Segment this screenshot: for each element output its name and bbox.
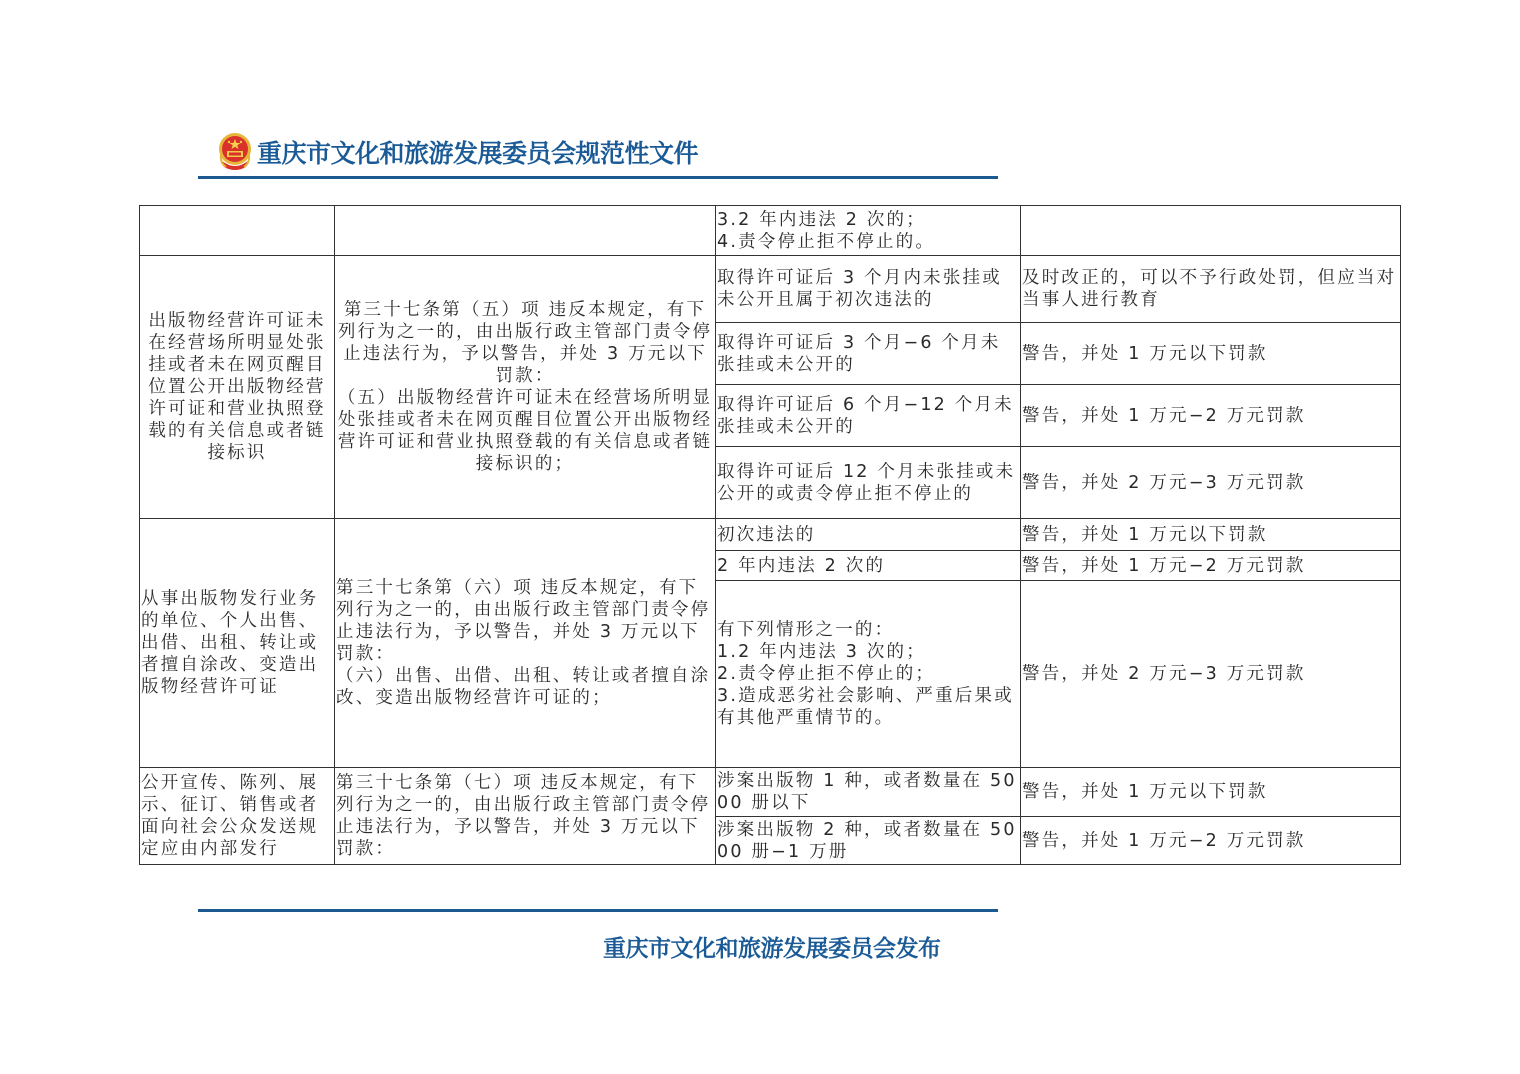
circumstance-cell: 取得许可证后 3 个月内未张挂或未公开且属于初次违法的 bbox=[716, 256, 1021, 323]
circumstance-cell: 取得许可证后 3 个月−6 个月未张挂或未公开的 bbox=[716, 323, 1021, 385]
penalty-cell: 警告，并处 2 万元−3 万元罚款 bbox=[1021, 581, 1401, 768]
penalty-cell bbox=[1021, 206, 1401, 256]
circumstance-cell: 取得许可证后 6 个月−12 个月未张挂或未公开的 bbox=[716, 385, 1021, 447]
footer-divider bbox=[198, 909, 998, 912]
table-row: 出版物经营许可证未在经营场所明显处张挂或者未在网页醒目位置公开出版物经营许可证和… bbox=[140, 256, 1401, 323]
penalty-cell: 警告，并处 1 万元以下罚款 bbox=[1021, 323, 1401, 385]
table-row: 从事出版物发行业务的单位、个人出售、出借、出租、转让或者擅自涂改、变造出版物经营… bbox=[140, 519, 1401, 551]
penalty-cell: 及时改正的，可以不予行政处罚，但应当对当事人进行教育 bbox=[1021, 256, 1401, 323]
violation-cell: 出版物经营许可证未在经营场所明显处张挂或者未在网页醒目位置公开出版物经营许可证和… bbox=[140, 256, 335, 519]
violation-cell: 公开宣传、陈列、展示、征订、销售或者面向社会公众发送规定应由内部发行 bbox=[140, 768, 335, 865]
penalty-cell: 警告，并处 1 万元−2 万元罚款 bbox=[1021, 551, 1401, 581]
circumstance-cell: 3.2 年内违法 2 次的； 4.责令停止拒不停止的。 bbox=[716, 206, 1021, 256]
circumstance-cell: 涉案出版物 1 种，或者数量在 5000 册以下 bbox=[716, 768, 1021, 817]
national-emblem-icon bbox=[216, 131, 254, 173]
circumstance-cell: 涉案出版物 2 种，或者数量在 5000 册−1 万册 bbox=[716, 817, 1021, 865]
penalty-cell: 警告，并处 1 万元以下罚款 bbox=[1021, 768, 1401, 817]
legal-basis-cell: 第三十七条第（六）项 违反本规定，有下列行为之一的，由出版行政主管部门责令停止违… bbox=[335, 519, 716, 768]
publisher-label: 重庆市文化和旅游发展委员会发布 bbox=[603, 930, 941, 963]
legal-basis-cell bbox=[335, 206, 716, 256]
penalty-cell: 警告，并处 1 万元−2 万元罚款 bbox=[1021, 817, 1401, 865]
document-title: 重庆市文化和旅游发展委员会规范性文件 bbox=[257, 134, 698, 170]
document-header: 重庆市文化和旅游发展委员会规范性文件 bbox=[216, 130, 698, 174]
circumstance-cell: 初次违法的 bbox=[716, 519, 1021, 551]
header-divider bbox=[198, 176, 998, 179]
violation-cell bbox=[140, 206, 335, 256]
circumstance-cell: 取得许可证后 12 个月未张挂或未公开的或责令停止拒不停止的 bbox=[716, 447, 1021, 519]
penalty-cell: 警告，并处 2 万元−3 万元罚款 bbox=[1021, 447, 1401, 519]
legal-basis-cell: 第三十七条第（五）项 违反本规定，有下列行为之一的，由出版行政主管部门责令停止违… bbox=[335, 256, 716, 519]
table-row: 公开宣传、陈列、展示、征订、销售或者面向社会公众发送规定应由内部发行 第三十七条… bbox=[140, 768, 1401, 817]
penalty-standards-table: 3.2 年内违法 2 次的； 4.责令停止拒不停止的。 出版物经营许可证未在经营… bbox=[139, 205, 1401, 865]
circumstance-cell: 有下列情形之一的： 1.2 年内违法 3 次的； 2.责令停止拒不停止的； 3.… bbox=[716, 581, 1021, 768]
circumstance-cell: 2 年内违法 2 次的 bbox=[716, 551, 1021, 581]
table-row: 3.2 年内违法 2 次的； 4.责令停止拒不停止的。 bbox=[140, 206, 1401, 256]
penalty-cell: 警告，并处 1 万元−2 万元罚款 bbox=[1021, 385, 1401, 447]
legal-basis-cell: 第三十七条第（七）项 违反本规定，有下列行为之一的，由出版行政主管部门责令停止违… bbox=[335, 768, 716, 865]
violation-cell: 从事出版物发行业务的单位、个人出售、出借、出租、转让或者擅自涂改、变造出版物经营… bbox=[140, 519, 335, 768]
penalty-cell: 警告，并处 1 万元以下罚款 bbox=[1021, 519, 1401, 551]
